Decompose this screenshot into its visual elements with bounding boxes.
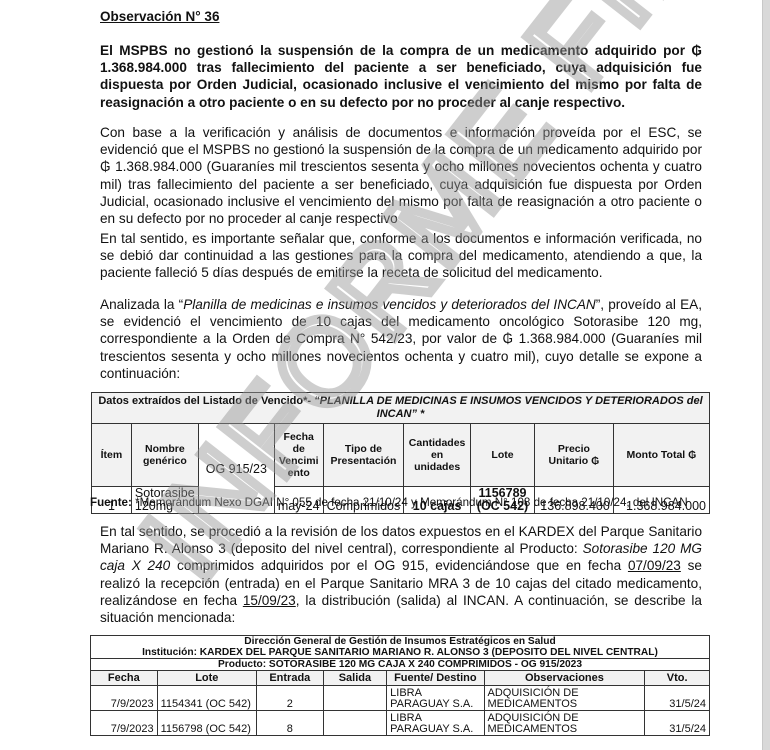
kardex-table: Dirección General de Gestión de Insumos …: [90, 635, 710, 736]
kcell-vto: 31/5/24: [645, 686, 710, 711]
kcell-vto: 31/5/24: [645, 711, 710, 736]
kth-entrada: Entrada: [257, 671, 324, 686]
kth-fecha: Fecha: [91, 671, 158, 686]
kcell-lote: 1154341 (OC 542): [157, 686, 256, 711]
observation-title: Observación N° 36: [100, 9, 219, 24]
paragraph-planilla: Analizada la “Planilla de medicinas e in…: [100, 296, 702, 382]
th-tipo: Tipo de Presentación: [323, 424, 404, 487]
kcell-fuente: LIBRA PARAGUAY S.A.: [387, 686, 484, 711]
kcell-observaciones: ADQUISICIÓN DE MEDICAMENTOS: [484, 711, 645, 736]
kardex-date-entrada: 07/09/23: [628, 558, 681, 573]
kardex-caption-3: Producto: SOTORASIBE 120 MG CAJA X 240 C…: [91, 659, 710, 671]
planilla-lead: Analizada la “: [100, 297, 183, 312]
kcell-observaciones: ADQUISICIÓN DE MEDICAMENTOS: [484, 686, 645, 711]
th-nombre: Nombre genérico: [131, 424, 198, 487]
th-precio: Precio Unitario ₲: [535, 424, 614, 487]
th-fecha: Fecha de Vencimi ento: [274, 424, 323, 487]
kcell-lote: 1156798 (OC 542): [157, 711, 256, 736]
kcell-salida: [323, 686, 387, 711]
kth-fuente: Fuente/ Destino: [387, 671, 484, 686]
kcell-entrada: 8: [257, 711, 324, 736]
kcell-fuente: LIBRA PARAGUAY S.A.: [387, 711, 484, 736]
paragraph-importance: En tal sentido, es importante señalar qu…: [100, 230, 702, 282]
kardex-header-row: Fecha Lote Entrada Salida Fuente/ Destin…: [91, 671, 710, 686]
table-row: 7/9/2023 1156798 (OC 542) 8 LIBRA PARAGU…: [91, 711, 710, 736]
observation-summary: El MSPBS no gestionó la suspensión de la…: [100, 42, 702, 111]
th-item: Ítem: [92, 424, 132, 487]
table1-header-row: Ítem Nombre genérico OG 915/23 Fecha de …: [92, 424, 710, 487]
kardex-text-b: comprimidos adquiridos por el OG 915, ev…: [170, 558, 628, 573]
kardex-date-salida: 15/09/23: [243, 593, 296, 608]
planilla-title: Planilla de medicinas e insumos vencidos…: [183, 297, 596, 312]
kth-lote: Lote: [157, 671, 256, 686]
kardex-caption-1: Dirección General de Gestión de Insumos …: [91, 636, 710, 648]
kth-salida: Salida: [323, 671, 387, 686]
kcell-fecha: 7/9/2023: [91, 686, 158, 711]
th-monto: Monto Total ₲: [613, 424, 709, 487]
paragraph-verification: Con base a la verificación y análisis de…: [100, 124, 702, 227]
th-lote: Lote: [470, 424, 534, 487]
table1-source: Fuente: *Memorándum Nexo DGAI N° 055 de …: [90, 496, 710, 509]
kcell-entrada: 2: [257, 686, 324, 711]
table1-caption: Datos extraídos del Listado de Vencido*-…: [92, 393, 710, 424]
viewer-edge: [762, 0, 770, 750]
th-cantidades: Cantidades en unidades: [404, 424, 471, 487]
kcell-salida: [323, 711, 387, 736]
table-row: 7/9/2023 1154341 (OC 542) 2 LIBRA PARAGU…: [91, 686, 710, 711]
kth-observaciones: Observaciones: [484, 671, 645, 686]
kardex-caption-2: Institución: KARDEX DEL PARQUE SANITARIO…: [91, 647, 710, 659]
paragraph-kardex: En tal sentido, se procedió a la revisió…: [100, 523, 702, 626]
kcell-fecha: 7/9/2023: [91, 711, 158, 736]
kth-vto: Vto.: [645, 671, 710, 686]
